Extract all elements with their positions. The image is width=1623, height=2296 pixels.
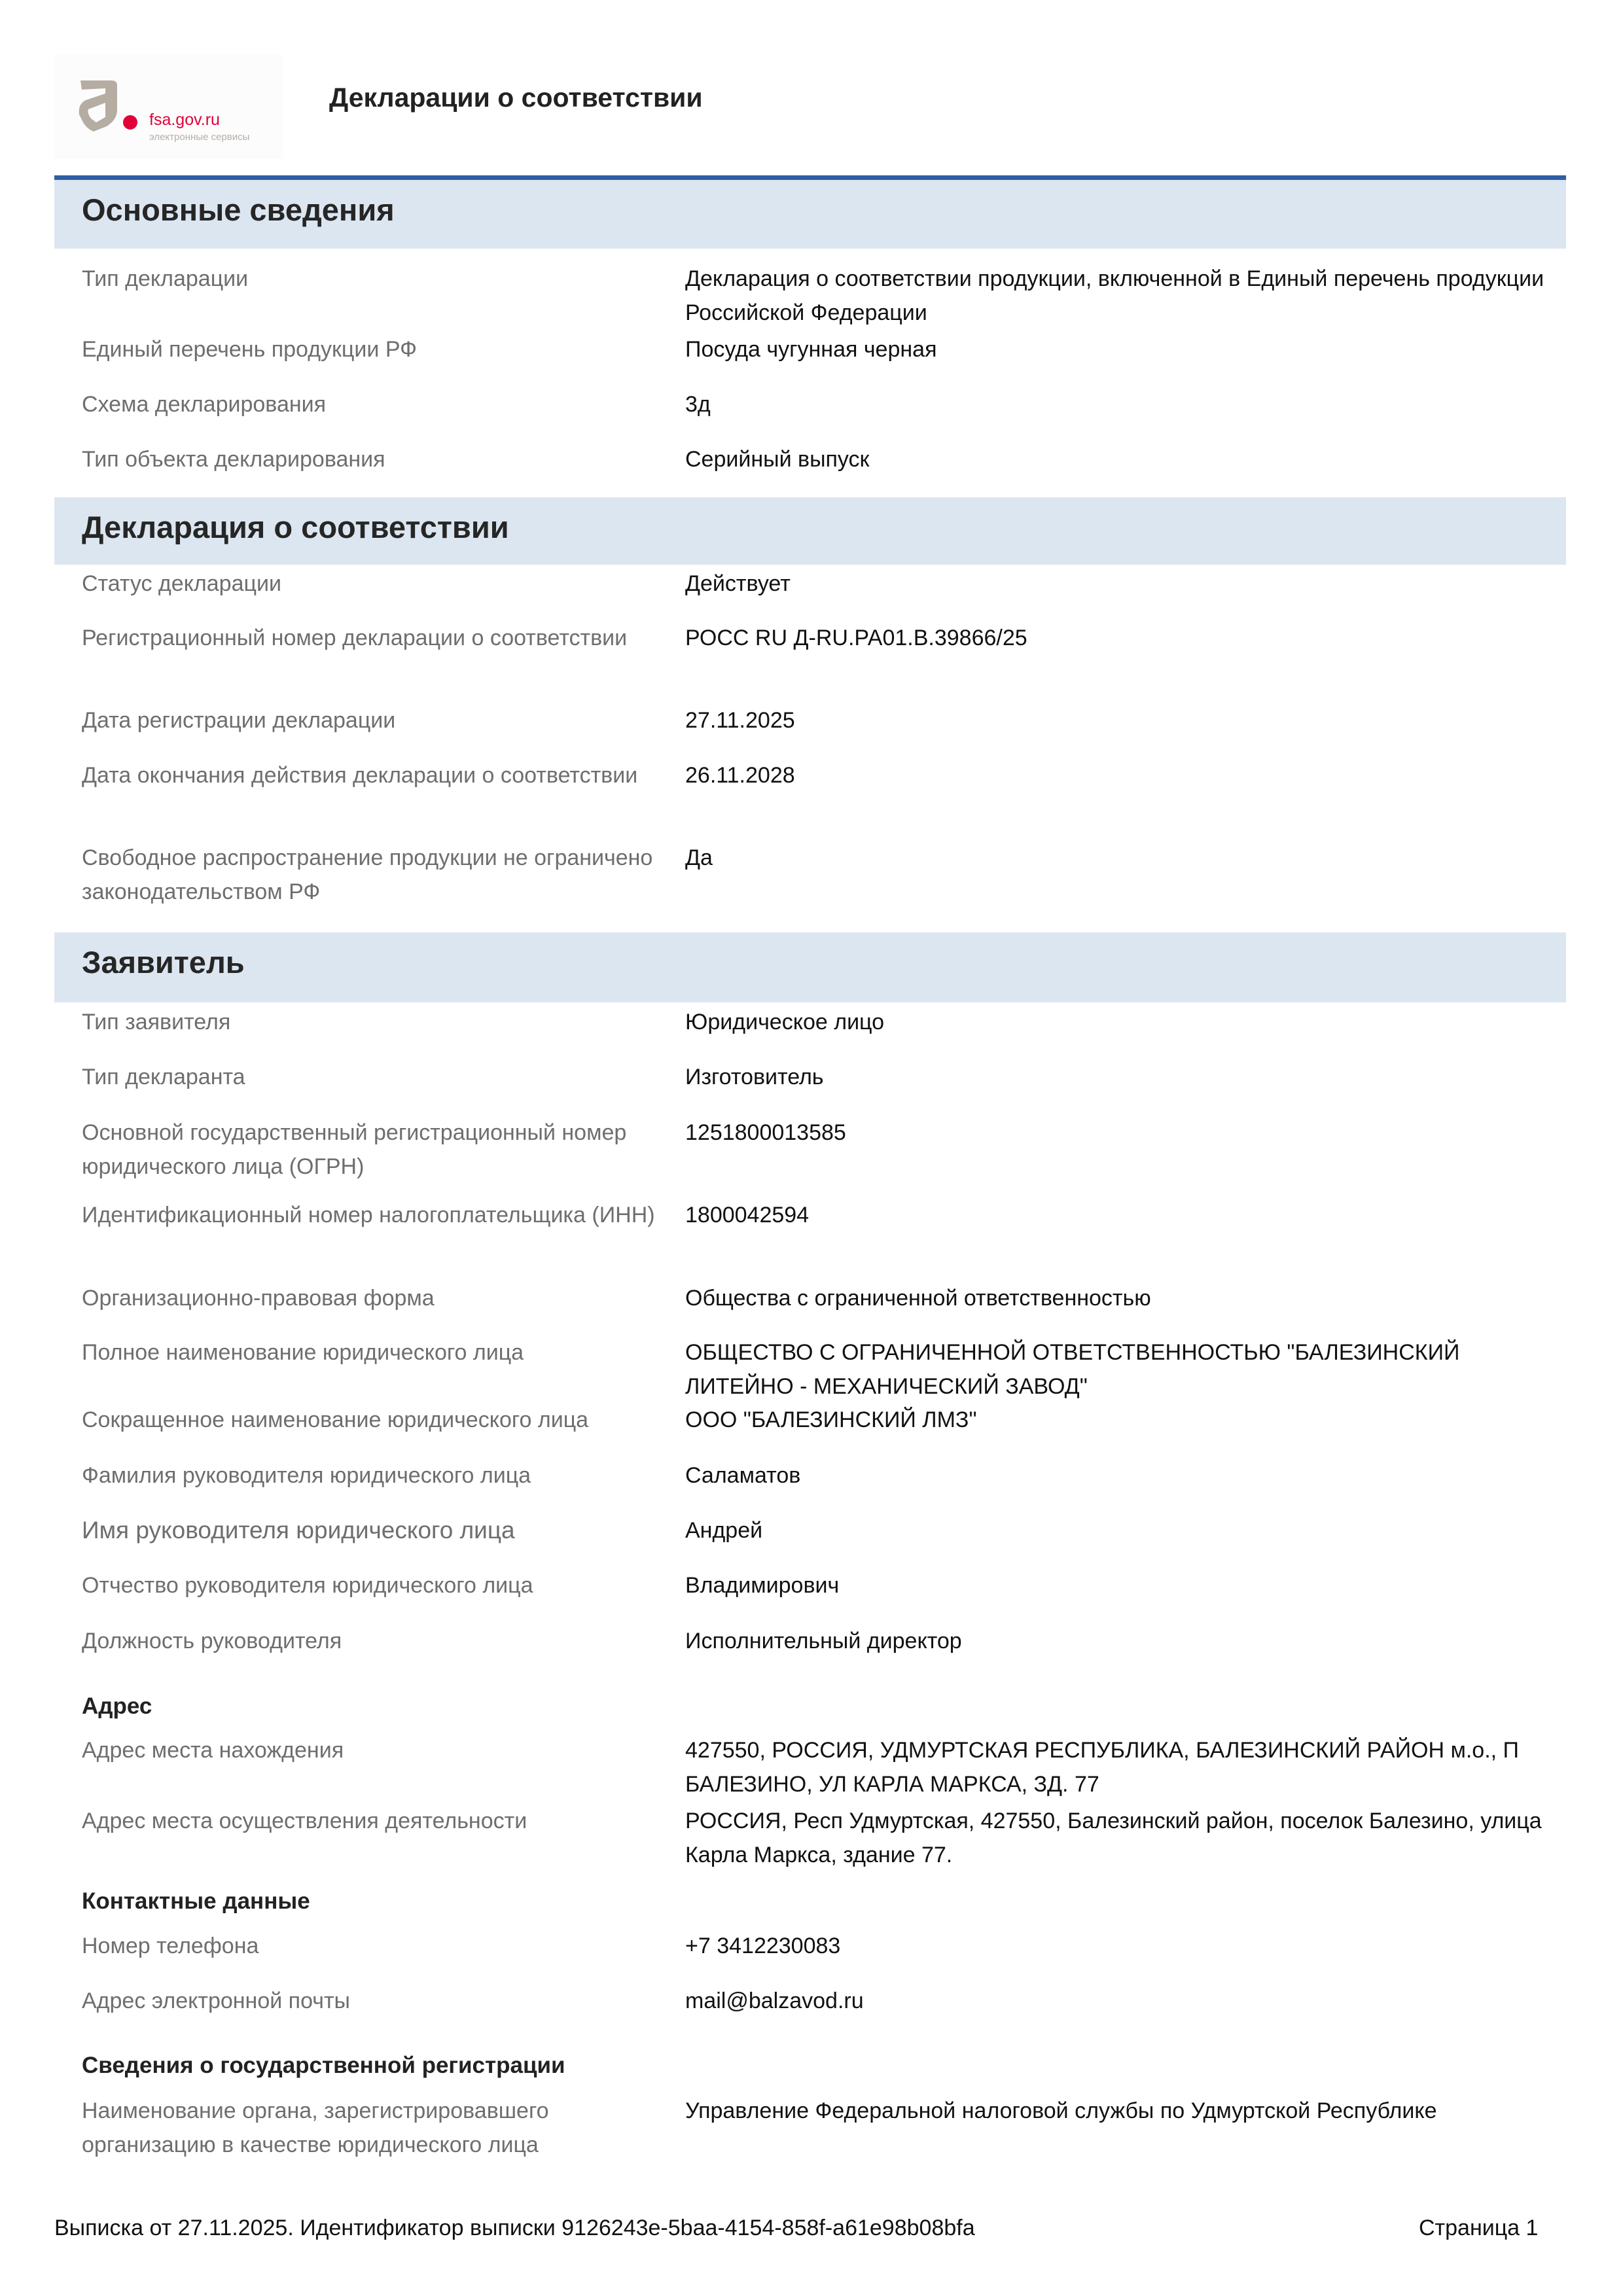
field-label: Основной государственный регистрационный… bbox=[82, 1116, 658, 1184]
field-label: Тип заявителя bbox=[82, 1005, 658, 1039]
field-label: Схема декларирования bbox=[82, 387, 658, 421]
field-value: Серийный выпуск bbox=[685, 442, 1565, 476]
footer-extract-info: Выписка от 27.11.2025. Идентификатор вып… bbox=[54, 2216, 975, 2241]
field-label: Единый перечень продукции РФ bbox=[82, 332, 658, 366]
field-value: 1251800013585 bbox=[685, 1116, 1565, 1150]
section-title: Заявитель bbox=[82, 944, 245, 980]
field-label: Тип декларанта bbox=[82, 1060, 658, 1094]
field-label: Номер телефона bbox=[82, 1929, 658, 1963]
field-label: Отчество руководителя юридического лица bbox=[82, 1568, 658, 1602]
section-title: Основные сведения bbox=[82, 192, 395, 228]
field-value: 26.11.2028 bbox=[685, 758, 1565, 792]
field-label: Тип декларации bbox=[82, 262, 658, 296]
field-label: Должность руководителя bbox=[82, 1624, 658, 1658]
page-number: Страница 1 bbox=[1419, 2216, 1538, 2241]
field-label: Имя руководителя юридического лица bbox=[82, 1513, 658, 1547]
field-label: Организационно-правовая форма bbox=[82, 1281, 658, 1315]
field-label: Дата окончания действия декларации о соо… bbox=[82, 758, 658, 792]
field-value: Изготовитель bbox=[685, 1060, 1565, 1094]
field-value: Посуда чугунная черная bbox=[685, 332, 1565, 366]
section-header-declaration: Декларация о соответствии bbox=[54, 497, 1566, 565]
field-value: РОССИЯ, Респ Удмуртская, 427550, Балезин… bbox=[685, 1804, 1565, 1872]
field-label: Идентификационный номер налогоплательщик… bbox=[82, 1198, 658, 1232]
field-value: Исполнительный директор bbox=[685, 1624, 1565, 1658]
field-label: Статус декларации bbox=[82, 567, 658, 601]
field-value: Да bbox=[685, 841, 1565, 875]
logo-domain: fsa.gov.ru bbox=[149, 111, 220, 130]
field-value: Действует bbox=[685, 567, 1565, 601]
field-label: Адрес места осуществления деятельности bbox=[82, 1804, 658, 1838]
field-label: Фамилия руководителя юридического лица bbox=[82, 1458, 658, 1492]
fsa-logo-icon bbox=[74, 74, 146, 133]
field-value: Общества с ограниченной ответственностью bbox=[685, 1281, 1565, 1315]
page-title: Декларации о соответствии bbox=[329, 82, 703, 113]
field-value: РОСС RU Д-RU.РА01.В.39866/25 bbox=[685, 621, 1565, 655]
field-value: Владимирович bbox=[685, 1568, 1565, 1602]
subsection-title-address: Адрес bbox=[82, 1693, 152, 1720]
field-value: ОБЩЕСТВО С ОГРАНИЧЕННОЙ ОТВЕТСТВЕННОСТЬЮ… bbox=[685, 1335, 1565, 1404]
subsection-title-contacts: Контактные данные bbox=[82, 1888, 310, 1915]
field-label: Тип объекта декларирования bbox=[82, 442, 658, 476]
section-header-main-info: Основные сведения bbox=[54, 180, 1566, 249]
section-title: Декларация о соответствии bbox=[82, 509, 509, 545]
phone-value: +7 3412230083 bbox=[685, 1929, 1565, 1963]
section-header-applicant: Заявитель bbox=[54, 932, 1566, 1002]
fsa-logo: fsa.gov.ru электронные сервисы bbox=[54, 54, 283, 159]
field-label: Свободное распространение продукции не о… bbox=[82, 841, 658, 909]
subsection-title-registration: Сведения о государственной регистрации bbox=[82, 2053, 565, 2079]
field-value: 27.11.2025 bbox=[685, 703, 1565, 737]
field-label: Адрес места нахождения bbox=[82, 1733, 658, 1767]
field-label: Регистрационный номер декларации о соотв… bbox=[82, 621, 658, 655]
field-value: Саламатов bbox=[685, 1458, 1565, 1492]
field-label: Сокращенное наименование юридического ли… bbox=[82, 1403, 658, 1437]
field-value: 1800042594 bbox=[685, 1198, 1565, 1232]
field-value: Управление Федеральной налоговой службы … bbox=[685, 2094, 1565, 2128]
field-value: Андрей bbox=[685, 1513, 1565, 1547]
field-label: Дата регистрации декларации bbox=[82, 703, 658, 737]
logo-subtitle: электронные сервисы bbox=[149, 132, 249, 143]
email-value: mail@balzavod.ru bbox=[685, 1984, 1565, 2018]
field-label: Полное наименование юридического лица bbox=[82, 1335, 658, 1369]
field-label: Наименование органа, зарегистрировавшего… bbox=[82, 2094, 658, 2162]
field-value: Юридическое лицо bbox=[685, 1005, 1565, 1039]
header-divider bbox=[54, 175, 1566, 180]
field-label: Адрес электронной почты bbox=[82, 1984, 658, 2018]
field-value: 427550, РОССИЯ, УДМУРТСКАЯ РЕСПУБЛИКА, Б… bbox=[685, 1733, 1565, 1801]
field-value: Декларация о соответствии продукции, вкл… bbox=[685, 262, 1565, 330]
field-value: 3д bbox=[685, 387, 1565, 421]
field-value: ООО "БАЛЕЗИНСКИЙ ЛМЗ" bbox=[685, 1403, 1565, 1437]
